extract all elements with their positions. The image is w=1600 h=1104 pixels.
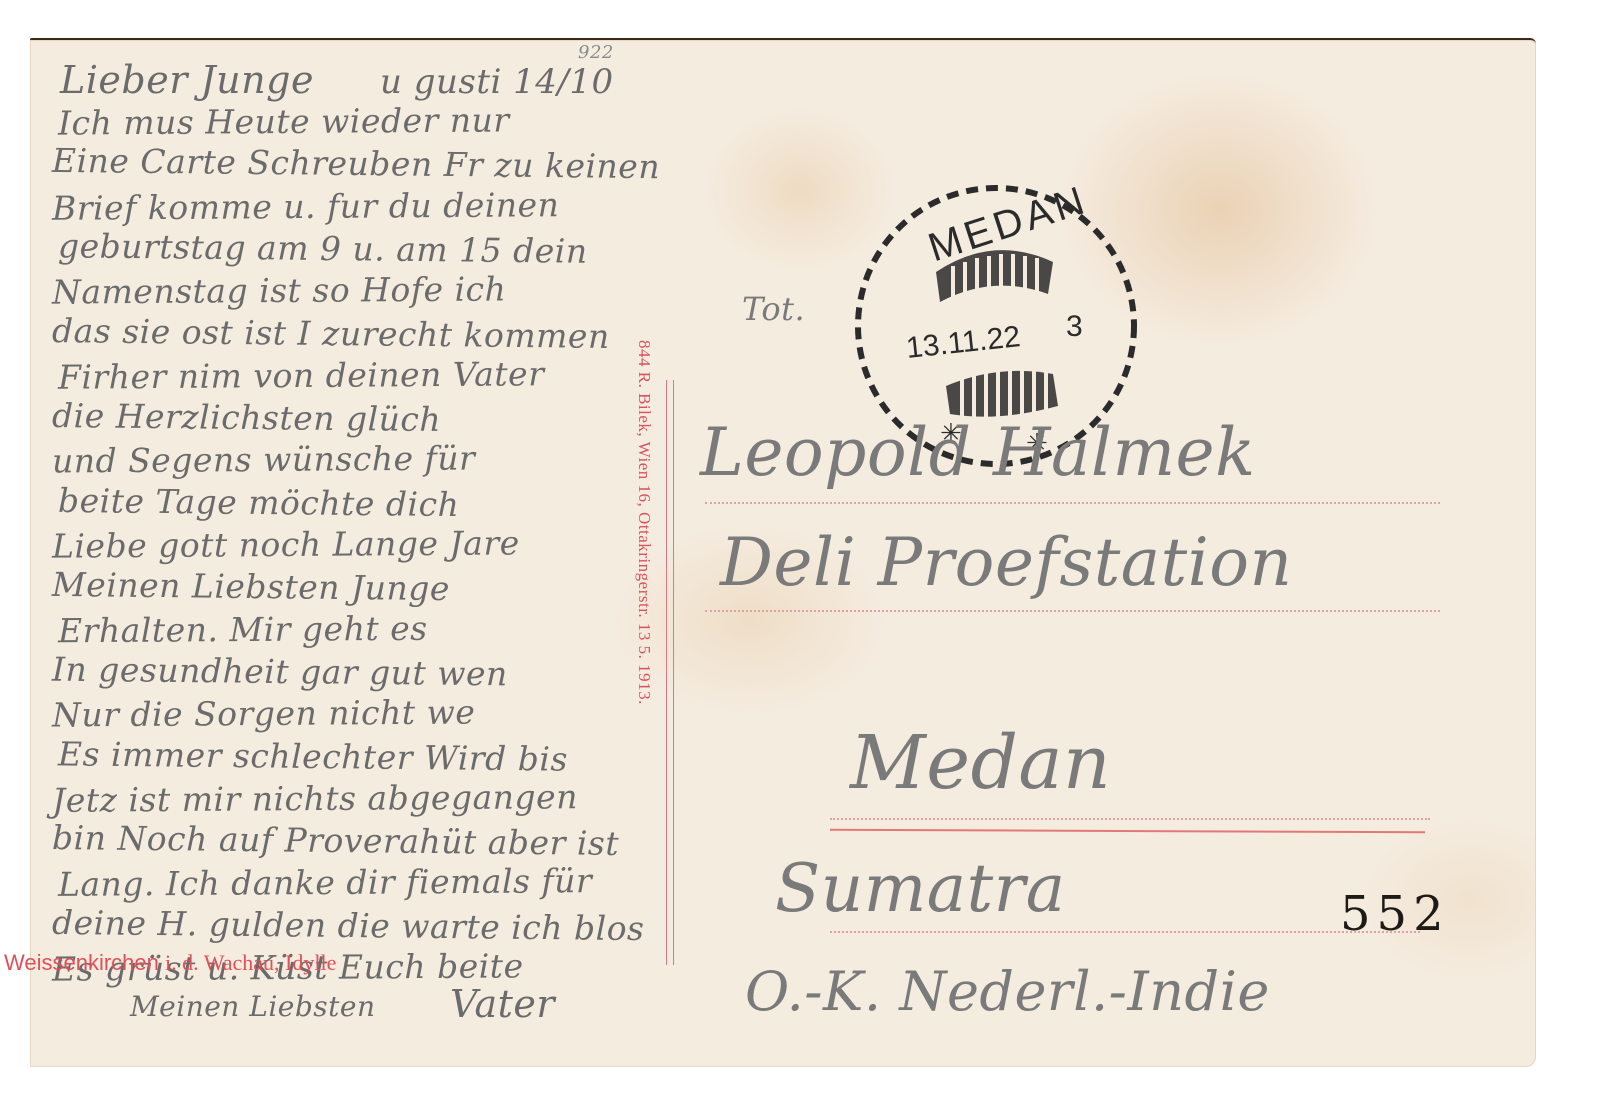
message-line: Eine Carte Schreuben Fr zu keinen — [52, 141, 660, 186]
address-line-4 — [830, 931, 1420, 933]
center-divider-right — [673, 380, 674, 965]
message-closing: Meinen Liebsten — [130, 990, 376, 1023]
message-line: Brief komme u. fur du deinen — [52, 185, 560, 228]
address-line2: Deli Proefstation — [720, 524, 1292, 601]
caption-detail: i. d. Wachau, Idylle — [165, 950, 336, 975]
message-place-date: u gusti 14/10 — [380, 62, 614, 102]
message-line: Es immer schlechter Wird bis — [58, 734, 568, 778]
message-signature: Vater — [450, 982, 555, 1026]
message-line: bin Noch auf Proverahüt aber ist — [52, 818, 619, 863]
message-line: geburtstag am 9 u. am 15 dein — [58, 226, 588, 271]
message-greeting: Lieber Junge — [60, 58, 314, 102]
message-line: beite Tage möchte dich — [58, 481, 460, 524]
message-line: Ich mus Heute wieder nur — [58, 100, 510, 142]
message-line: die Herzlichsten glüch — [52, 396, 442, 439]
corner-note: 922 — [578, 42, 614, 63]
message-line: Meinen Liebsten Junge — [52, 565, 450, 608]
message-line: das sie ost ist I zurecht kommen — [52, 311, 610, 356]
message-line: und Segens wünsche für — [52, 439, 476, 481]
message-line: In gesundheit gar gut wen — [52, 650, 508, 694]
message-line: deine H. gulden die warte ich blos — [52, 903, 645, 948]
center-divider-left — [666, 380, 667, 965]
message-line: Jetz ist mir nichts abgegangen — [52, 777, 578, 820]
message-line: Lang. Ich danke dir fiemals für — [58, 862, 592, 905]
address-line-2 — [705, 610, 1440, 612]
publisher-imprint: 844 R. Bilek, Wien 16, Ottakringerstr. 1… — [634, 340, 654, 705]
message-line: Liebe gott noch Lange Jare — [52, 523, 520, 565]
address-region: Sumatra — [775, 850, 1066, 927]
address-name: Leopold Halmek — [700, 414, 1256, 491]
address-line-3 — [830, 818, 1430, 820]
message-line: Erhalten. Mir geht es — [58, 608, 428, 650]
address-city: Medan — [850, 720, 1111, 806]
message-line: Namenstag ist so Hofe ich — [52, 270, 507, 312]
address-underline — [830, 829, 1425, 834]
address-country: O.-K. Nederl.-Indie — [745, 960, 1270, 1023]
address-line-1 — [705, 502, 1440, 504]
caption-place: Weissenkirchen — [4, 950, 159, 975]
postcard-back: 922 Lieber Junge u gusti 14/10 Ich mus H… — [30, 38, 1536, 1067]
message-line: Firher nim von deinen Vater — [58, 354, 545, 396]
postmark-time: 3 — [1066, 310, 1083, 344]
serial-number: 552 — [1340, 886, 1450, 942]
routing-note: Tot. — [742, 290, 805, 328]
printed-caption: Weissenkirchen i. d. Wachau, Idylle — [4, 950, 336, 976]
message-line: Nur die Sorgen nicht we — [52, 693, 476, 735]
